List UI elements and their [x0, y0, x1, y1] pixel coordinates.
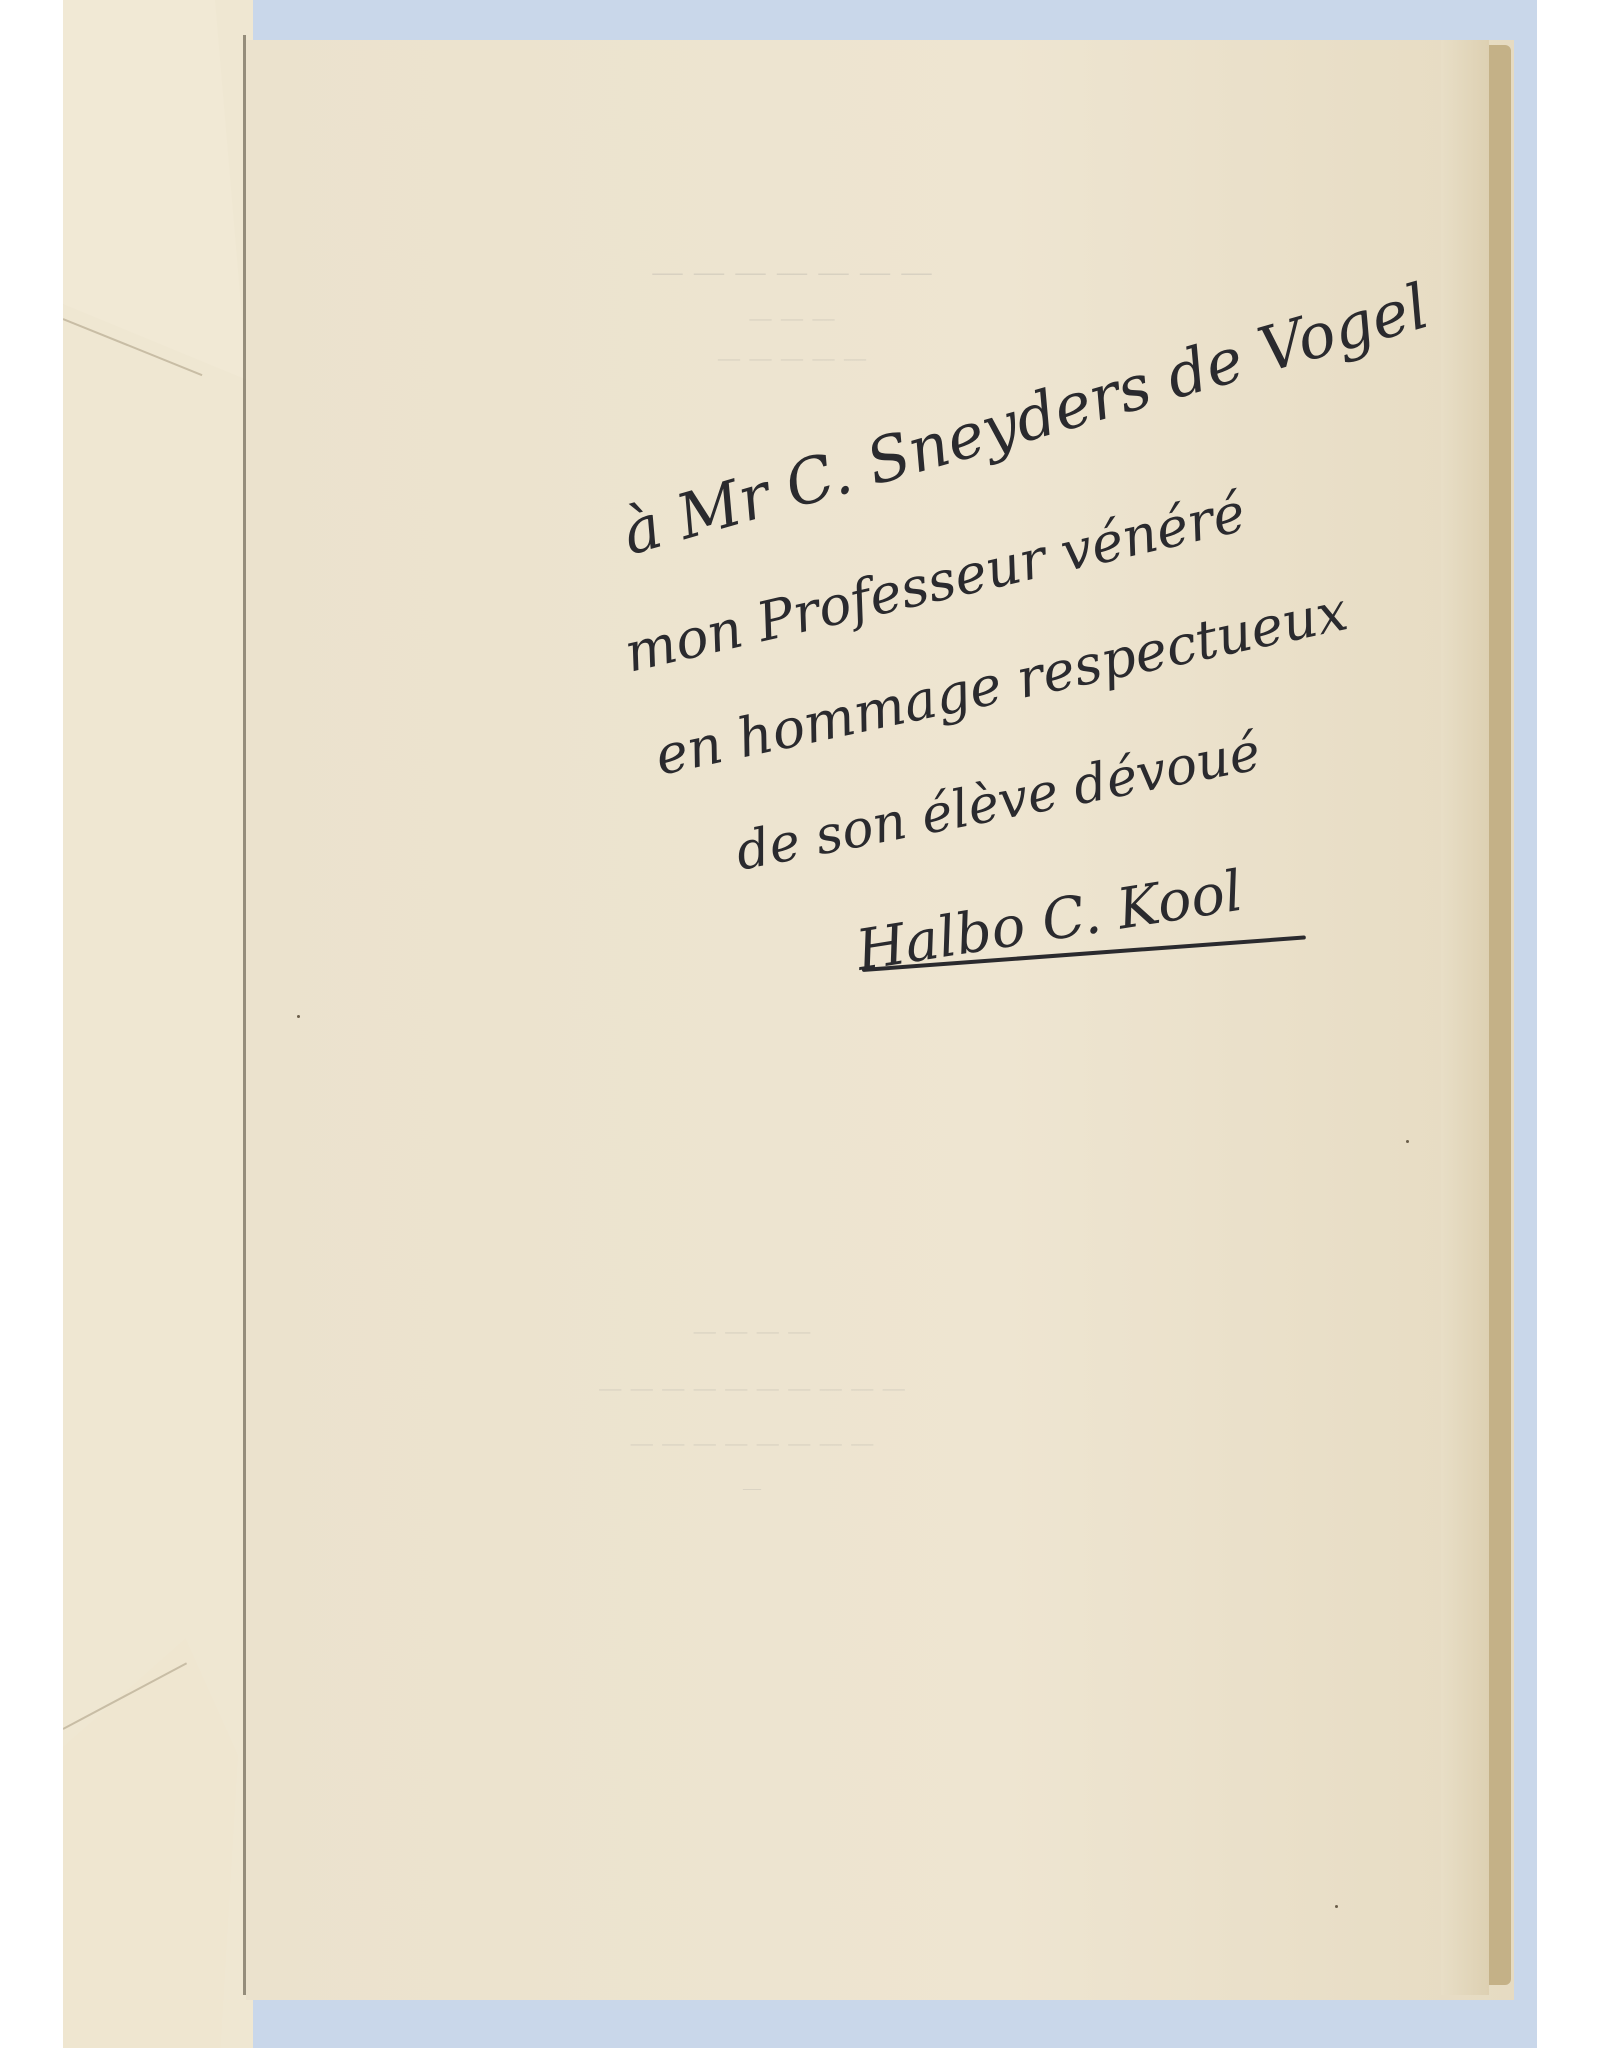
page-stack-edge: [1489, 45, 1511, 1985]
bleed-through-title-2: — — —: [483, 305, 1103, 331]
photo-background: — — — — — — — — — — — — — — — — — — — — …: [63, 0, 1537, 2048]
page-fore-edge: [1441, 40, 1489, 1995]
bleed-through-imprint-4: —: [343, 1478, 1163, 1499]
paper-speck: [1406, 1140, 1409, 1143]
bleed-through-imprint-3: — — — — — — — —: [343, 1430, 1163, 1456]
bleed-through-title-1: — — — — — — —: [483, 255, 1103, 289]
paper-speck: [297, 1015, 300, 1018]
bleed-through-imprint-1: — — — —: [343, 1318, 1163, 1344]
paper-speck: [1335, 1905, 1338, 1908]
bleed-through-imprint-2: — — — — — — — — — —: [343, 1375, 1163, 1401]
title-page: [246, 40, 1514, 2000]
bleed-through-title-3: — — — — —: [483, 345, 1103, 371]
